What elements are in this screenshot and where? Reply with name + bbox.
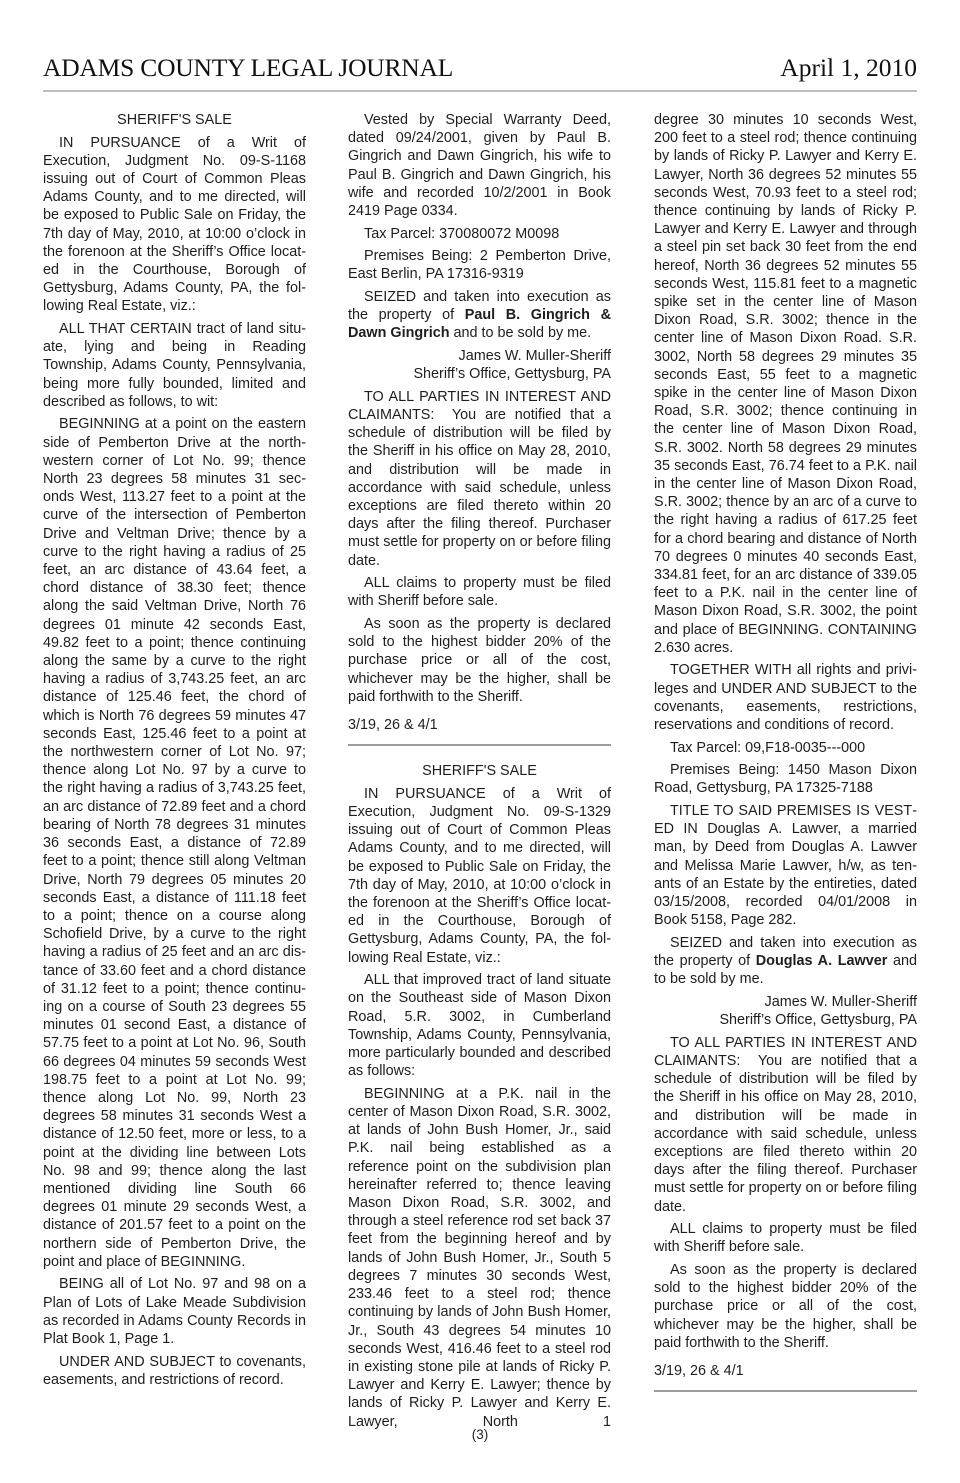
notice1-tax-parcel: Tax Parcel: 370080072 M0098: [348, 225, 611, 243]
notice2-signature-office: Sheriff’s Office, Gettysburg, PA: [654, 1011, 917, 1029]
notice2-beginning-part1: BEGINNING at a P.K. nail in the center o…: [348, 1085, 611, 1431]
notice2-tract: ALL that improved tract of land situate …: [348, 971, 611, 1080]
notice2-payment: As soon as the property is declared sold…: [654, 1261, 917, 1352]
header-divider: [43, 90, 917, 92]
notice1-payment: As soon as the property is declared sold…: [348, 615, 611, 706]
column-left: SHERIFF'S SALE IN PURSUANCE of a Writ of…: [43, 111, 306, 1393]
notice1-under-subject: UNDER AND SUBJECT to covenants, easement…: [43, 1353, 306, 1389]
notice1-tract: ALL THAT CERTAIN tract of land situ­ate,…: [43, 320, 306, 411]
notice2-heading: SHERIFF'S SALE: [348, 762, 611, 780]
notice2-signature-name: James W. Muller-Sheriff: [654, 993, 917, 1011]
notice2-seized: SEIZED and taken into execution as the p…: [654, 934, 917, 989]
notice2-title-vested: TITLE TO SAID PREMISES IS VEST­ED IN Dou…: [654, 802, 917, 929]
notice2-pub-dates: 3/19, 26 & 4/1: [654, 1362, 917, 1380]
notice-divider: [348, 744, 611, 746]
notice2-pursuance: IN PURSUANCE of a Writ of Execution, Jud…: [348, 785, 611, 967]
notice1-signature-office: Sheriff’s Office, Gettysburg, PA: [348, 365, 611, 383]
notice1-vested: Vested by Special Warranty Deed, dated 0…: [348, 111, 611, 220]
notice2-tax-parcel: Tax Parcel: 09,F18-0035---000: [654, 739, 917, 757]
notice1-pub-dates: 3/19, 26 & 4/1: [348, 716, 611, 734]
notice2-owner: Douglas A. Lawver: [756, 953, 888, 969]
notice1-beginning: BEGINNING at a point on the eastern side…: [43, 415, 306, 1271]
journal-title: ADAMS COUNTY LEGAL JOURNAL: [43, 53, 453, 83]
notice2-premises: Premises Being: 1450 Mason Dixon Road, G…: [654, 761, 917, 797]
column-middle: Vested by Special Warranty Deed, dated 0…: [348, 111, 611, 1435]
page-number: (3): [0, 1427, 960, 1442]
seized-suffix: and to be sold by me.: [450, 325, 592, 341]
notice1-being: BEING all of Lot No. 97 and 98 on a Plan…: [43, 1275, 306, 1348]
issue-date: April 1, 2010: [780, 53, 917, 83]
journal-header: ADAMS COUNTY LEGAL JOURNAL April 1, 2010: [43, 50, 917, 90]
notice-end-divider: [654, 1390, 917, 1392]
notice1-heading: SHERIFF'S SALE: [43, 111, 306, 129]
notice1-signature-name: James W. Muller-Sheriff: [348, 347, 611, 365]
notice1-premises: Premises Being: 2 Pemberton Drive, East …: [348, 247, 611, 283]
notice2-claims: ALL claims to property must be filed wit…: [654, 1220, 917, 1256]
notice1-pursuance: IN PURSUANCE of a Writ of Execution, Jud…: [43, 134, 306, 316]
column-right: degree 30 minutes 10 seconds West, 200 f…: [654, 111, 917, 1408]
notice1-seized: SEIZED and taken into execution as the p…: [348, 288, 611, 343]
notice2-together: TOGETHER WITH all rights and privi­leges…: [654, 661, 917, 734]
notice2-parties: TO ALL PARTIES IN INTEREST AND CLAIMANTS…: [654, 1034, 917, 1216]
notice1-claims: ALL claims to property must be filed wit…: [348, 574, 611, 610]
notice2-beginning-part2: degree 30 minutes 10 seconds West, 200 f…: [654, 111, 917, 657]
notice1-parties: TO ALL PARTIES IN INTEREST AND CLAIMANTS…: [348, 388, 611, 570]
